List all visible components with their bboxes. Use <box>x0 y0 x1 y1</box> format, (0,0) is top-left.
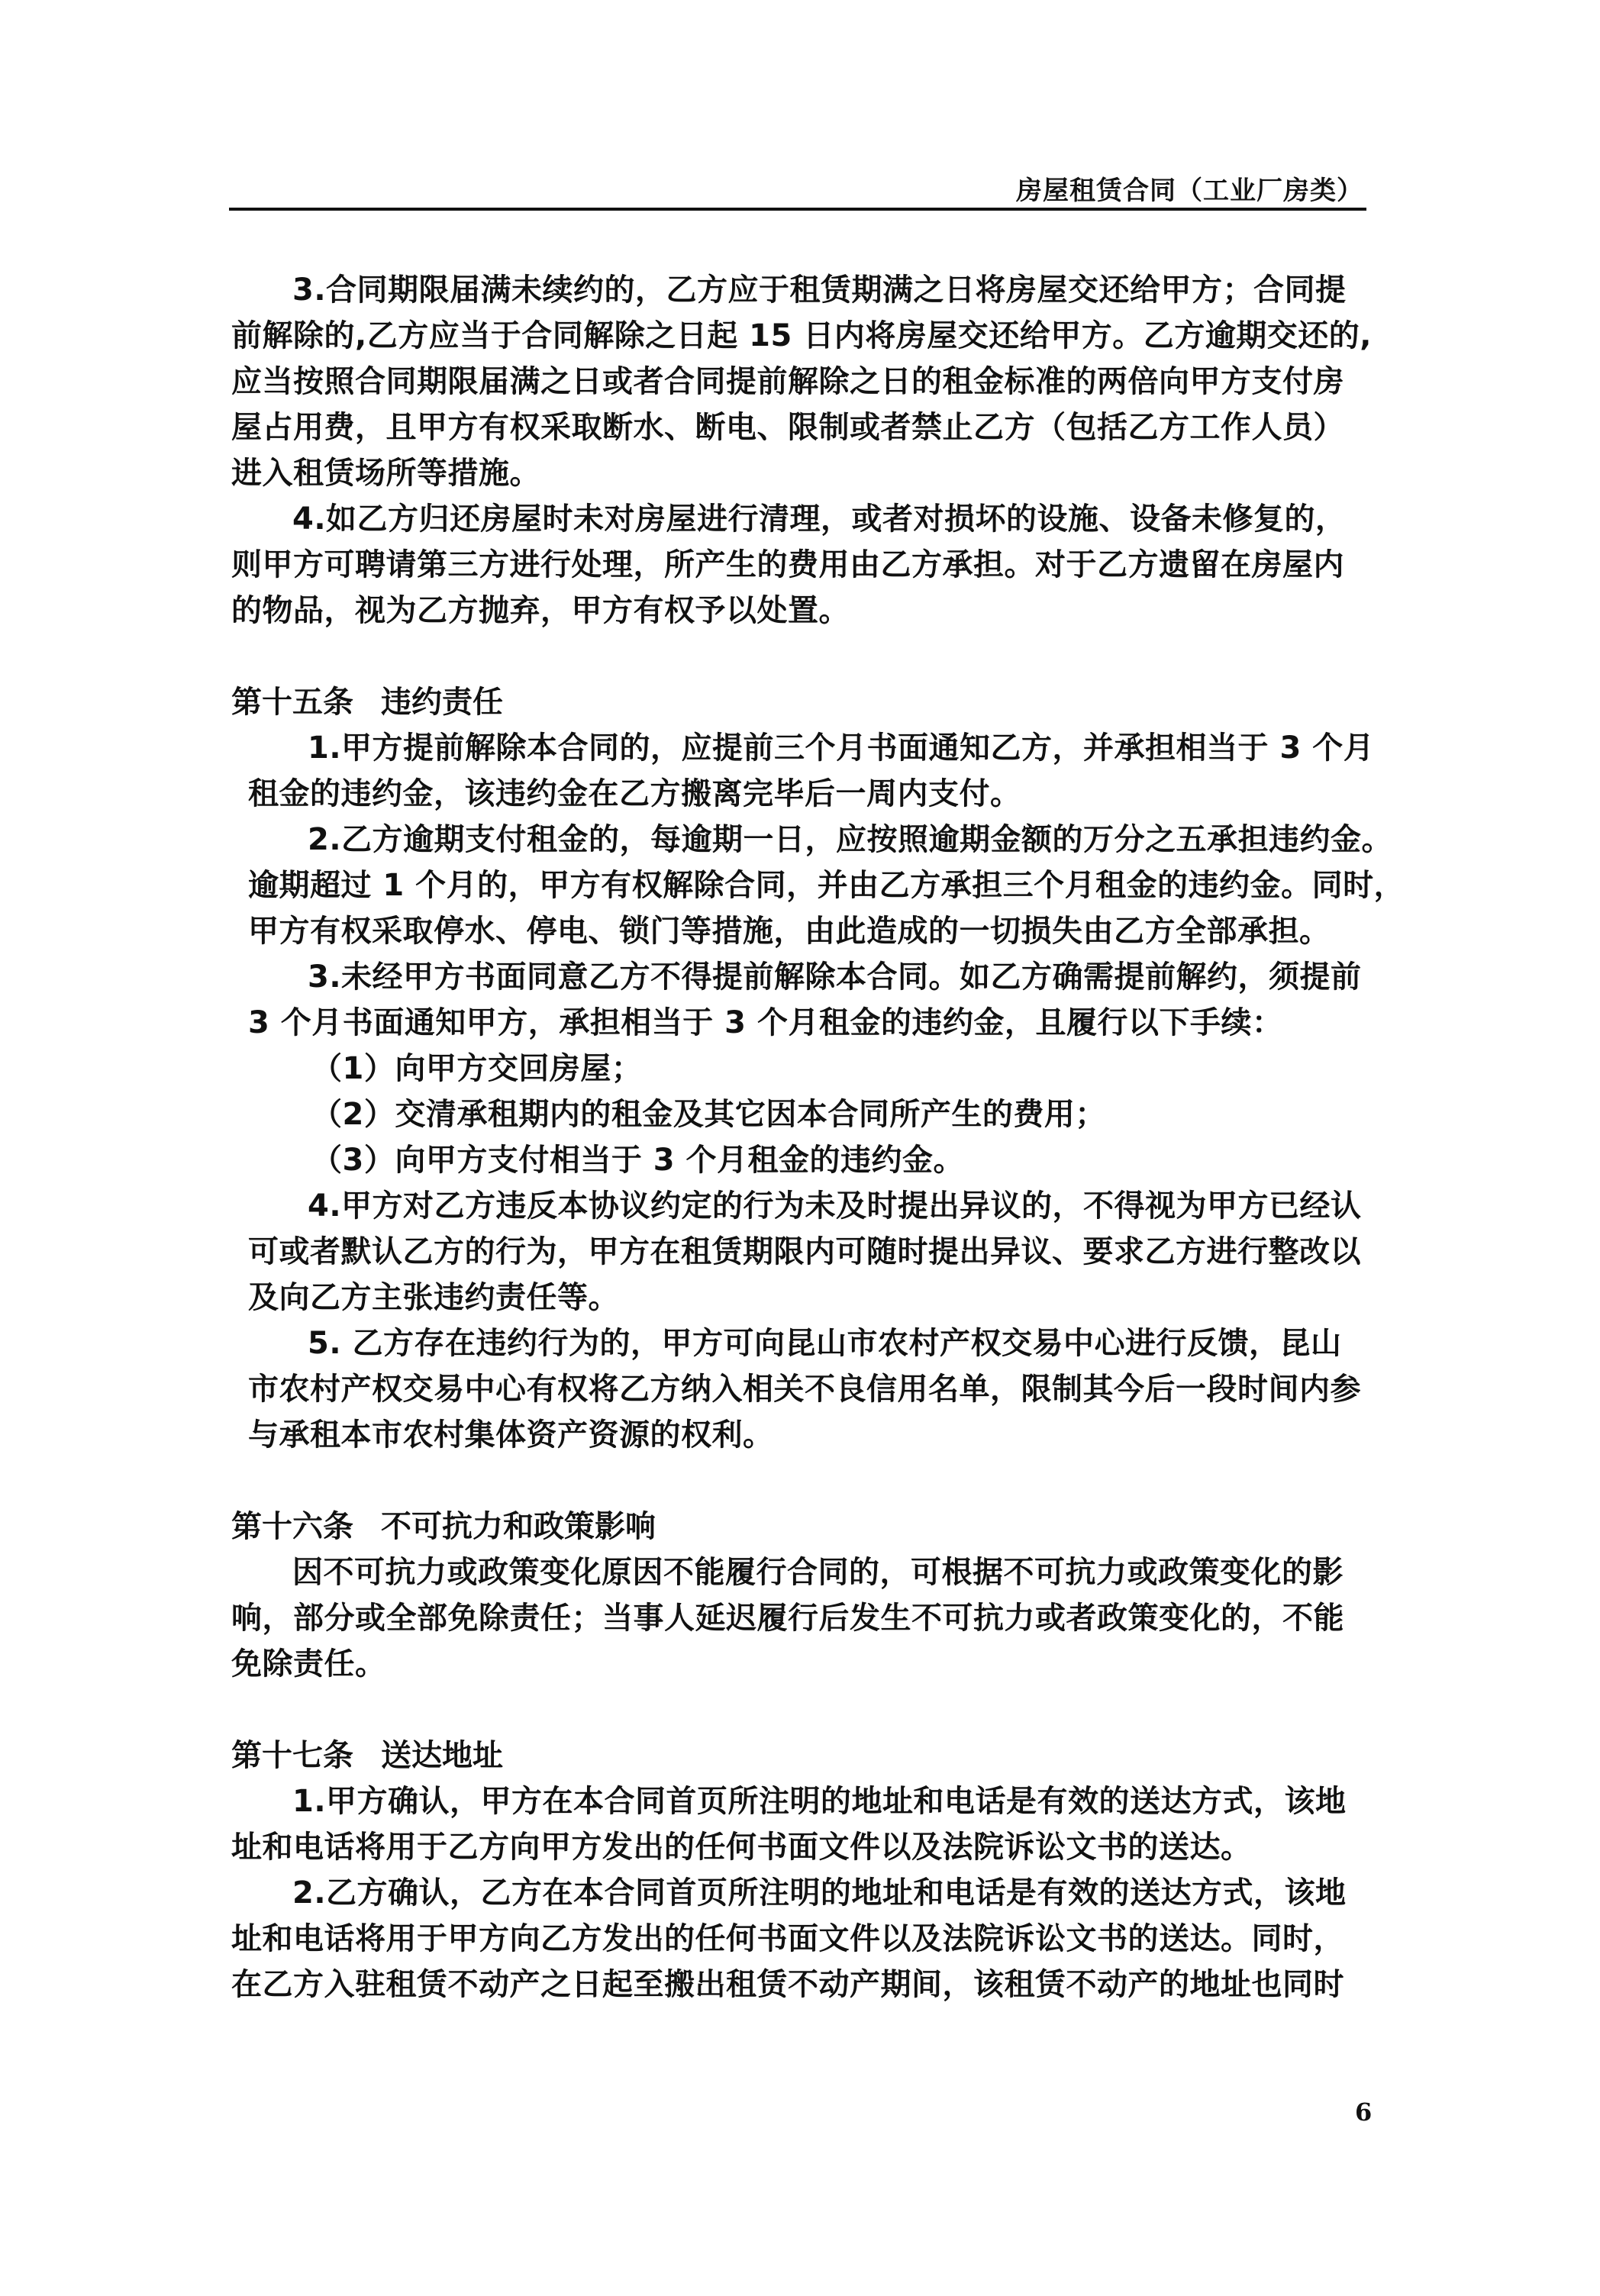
text-line: 3 个月书面通知甲方，承担相当于 3 个月租金的违约金，且履行以下手续： <box>231 1000 1361 1046</box>
text-line: 3.未经甲方书面同意乙方不得提前解除本合同。如乙方确需提前解约，须提前 <box>231 954 1361 1000</box>
section-gap <box>231 634 1361 679</box>
text-line: 1.甲方确认，甲方在本合同首页所注明的地址和电话是有效的送达方式，该地 <box>231 1778 1361 1824</box>
text-line: 因不可抗力或政策变化原因不能履行合同的，可根据不可抗力或政策变化的影 <box>231 1549 1361 1595</box>
article-heading: 第十六条不可抗力和政策影响 <box>231 1504 1361 1549</box>
header-divider <box>229 208 1366 211</box>
section-gap <box>231 1687 1361 1733</box>
text-line: 及向乙方主张违约责任等。 <box>231 1275 1361 1321</box>
text-line: 市农村产权交易中心有权将乙方纳入相关不良信用名单，限制其今后一段时间内参 <box>231 1366 1361 1412</box>
text-line: 响，部分或全部免除责任；当事人延迟履行后发生不可抗力或者政策变化的，不能 <box>231 1595 1361 1641</box>
text-line: 与承租本市农村集体资产资源的权利。 <box>231 1412 1361 1458</box>
text-line: 在乙方入驻租赁不动产之日起至搬出租赁不动产期间，该租赁不动产的地址也同时 <box>231 1962 1361 2007</box>
text-line: 址和电话将用于甲方向乙方发出的任何书面文件以及法院诉讼文书的送达。同时， <box>231 1916 1361 1962</box>
article-16: 第十六条不可抗力和政策影响 因不可抗力或政策变化原因不能履行合同的，可根据不可抗… <box>231 1504 1361 1687</box>
list-item: （1）向甲方交回房屋； <box>231 1046 1361 1092</box>
text-line: 屋占用费，且甲方有权采取断水、断电、限制或者禁止乙方（包括乙方工作人员） <box>231 405 1361 450</box>
clause-14-4: 4.如乙方归还房屋时未对房屋进行清理，或者对损坏的设施、设备未修复的， 则甲方可… <box>231 496 1361 634</box>
article-15: 第十五条违约责任 1.甲方提前解除本合同的，应提前三个月书面通知乙方，并承担相当… <box>231 679 1361 1458</box>
text-line: 2.乙方确认，乙方在本合同首页所注明的地址和电话是有效的送达方式，该地 <box>231 1870 1361 1916</box>
text-line: 2.乙方逾期支付租金的，每逾期一日，应按照逾期金额的万分之五承担违约金。 <box>231 817 1361 863</box>
article-title: 违约责任 <box>381 685 503 720</box>
page-number: 6 <box>1355 2098 1372 2127</box>
list-item: （2）交清承租期内的租金及其它因本合同所产生的费用； <box>231 1092 1361 1137</box>
document-page: 房屋租赁合同（工业厂房类） 3.合同期限届满未续约的，乙方应于租赁期满之日将房屋… <box>0 0 1600 2296</box>
document-body: 3.合同期限届满未续约的，乙方应于租赁期满之日将房屋交还给甲方；合同提 前解除的… <box>231 267 1361 2007</box>
text-line: 应当按照合同期限届满之日或者合同提前解除之日的租金标准的两倍向甲方支付房 <box>231 359 1361 405</box>
text-line: 的物品，视为乙方抛弃，甲方有权予以处置。 <box>231 588 1361 634</box>
text-line: 逾期超过 1 个月的，甲方有权解除合同，并由乙方承担三个月租金的违约金。同时， <box>231 863 1361 908</box>
list-item: （3）向甲方支付相当于 3 个月租金的违约金。 <box>231 1137 1361 1183</box>
text-line: 址和电话将用于乙方向甲方发出的任何书面文件以及法院诉讼文书的送达。 <box>231 1824 1361 1870</box>
article-title: 不可抗力和政策影响 <box>381 1509 656 1544</box>
text-line: 进入租赁场所等措施。 <box>231 450 1361 496</box>
text-line: 则甲方可聘请第三方进行处理，所产生的费用由乙方承担。对于乙方遗留在房屋内 <box>231 542 1361 588</box>
section-gap <box>231 1458 1361 1504</box>
text-line: 可或者默认乙方的行为，甲方在租赁期限内可随时提出异议、要求乙方进行整改以 <box>231 1229 1361 1275</box>
text-line: 免除责任。 <box>231 1641 1361 1687</box>
article-heading: 第十五条违约责任 <box>231 679 1361 725</box>
article-number: 第十六条 <box>231 1509 353 1544</box>
text-line: 甲方有权采取停水、停电、锁门等措施，由此造成的一切损失由乙方全部承担。 <box>231 908 1361 954</box>
text-line: 租金的违约金，该违约金在乙方搬离完毕后一周内支付。 <box>231 771 1361 817</box>
text-line: 前解除的,乙方应当于合同解除之日起 15 日内将房屋交还给甲方。乙方逾期交还的, <box>231 313 1361 359</box>
article-number: 第十七条 <box>231 1738 353 1773</box>
text-line: 3.合同期限届满未续约的，乙方应于租赁期满之日将房屋交还给甲方；合同提 <box>231 267 1361 313</box>
article-title: 送达地址 <box>381 1738 503 1773</box>
text-line: 1.甲方提前解除本合同的，应提前三个月书面通知乙方，并承担相当于 3 个月 <box>231 725 1361 771</box>
text-line: 4.如乙方归还房屋时未对房屋进行清理，或者对损坏的设施、设备未修复的， <box>231 496 1361 542</box>
article-number: 第十五条 <box>231 685 353 720</box>
article-17: 第十七条送达地址 1.甲方确认，甲方在本合同首页所注明的地址和电话是有效的送达方… <box>231 1733 1361 2007</box>
text-line: 4.甲方对乙方违反本协议约定的行为未及时提出异议的，不得视为甲方已经认 <box>231 1183 1361 1229</box>
document-header-title: 房屋租赁合同（工业厂房类） <box>1016 169 1363 207</box>
article-heading: 第十七条送达地址 <box>231 1733 1361 1778</box>
text-line: 5. 乙方存在违约行为的，甲方可向昆山市农村产权交易中心进行反馈，昆山 <box>231 1321 1361 1366</box>
clause-14-3: 3.合同期限届满未续约的，乙方应于租赁期满之日将房屋交还给甲方；合同提 前解除的… <box>231 267 1361 496</box>
